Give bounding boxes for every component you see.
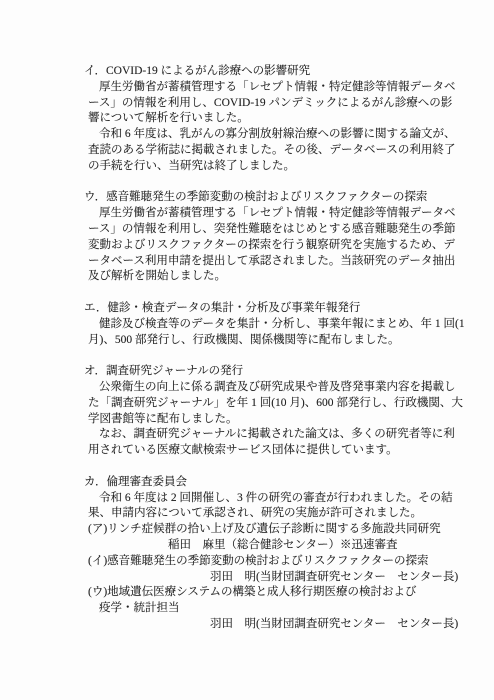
- section: エ．健診・検査データの集計・分析及び事業年報発行健診及び検査等のデータを集計・分…: [0, 301, 494, 348]
- section-title: 調査研究ジャーナルの発行: [106, 365, 243, 377]
- body-line: 健診及び検査等のデータを集計・分析し、事業年報にまとめ、年 1 回(1: [0, 317, 494, 333]
- body-line: 厚生労働省が蓄積管理する「レセプト情報・特定健診等情報データベ: [0, 80, 494, 96]
- page: イ．COVID-19 によるがん診療への影響研究厚生労働省が蓄積管理する「レセプ…: [0, 0, 494, 700]
- body-line: 査読のある学術誌に掲載されました。その後、データベースの利用終了: [0, 143, 494, 159]
- body-line: 疫学・統計担当: [0, 601, 494, 617]
- section: ウ．感音難聴発生の季節変動の検討およびリスクファクターの探索厚生労働省が蓄積管理…: [0, 190, 494, 285]
- section-label: カ．: [84, 476, 107, 488]
- section-heading: オ．調査研究ジャーナルの発行: [0, 364, 494, 380]
- body-line: 羽田 明(当財団調査研究センター センター長): [0, 570, 494, 586]
- body-line: の手続を行い、当研究は終了しました。: [0, 159, 494, 175]
- section-label: オ．: [84, 365, 106, 377]
- body-line: (ウ)地域遺伝医療システムの構築と成人移行期医療の検討および: [0, 585, 494, 601]
- section-title: COVID-19 によるがん診療への影響研究: [106, 65, 310, 77]
- section-title: 倫理審査委員会: [107, 476, 188, 488]
- section: カ．倫理審査委員会令和 6 年度は 2 回開催し、3 件の研究の審査が行われまし…: [0, 475, 494, 633]
- body-line: 及び解析を開始しました。: [0, 269, 494, 285]
- body-line: なお、調査研究ジャーナルに掲載された論文は、多くの研究者等に利: [0, 427, 494, 443]
- body-line: た「調査研究ジャーナル」を年 1 回(10 月)、600 部発行し、行政機関、大: [0, 396, 494, 412]
- body-line: 厚生労働省が蓄積管理する「レセプト情報・特定健診等情報データベ: [0, 206, 494, 222]
- body-line: 羽田 明(当財団調査研究センター センター長): [0, 617, 494, 633]
- body-line: (イ)感音難聴発生の季節変動の検討およびリスクファクターの探索: [0, 554, 494, 570]
- section-heading: エ．健診・検査データの集計・分析及び事業年報発行: [0, 301, 494, 317]
- body-line: 変動およびリスクファクターの探索を行う観察研究を実施するため、デ: [0, 238, 494, 254]
- body-line: 令和 6 年度は、乳がんの寡分割放射線治療への影響に関する論文が、: [0, 127, 494, 143]
- section-label: ウ．: [84, 191, 106, 203]
- section: イ．COVID-19 によるがん診療への影響研究厚生労働省が蓄積管理する「レセプ…: [0, 64, 494, 175]
- body-line: 稲田 麻里（総合健診センター）※迅速審査: [0, 538, 494, 554]
- section-title: 健診・検査データの集計・分析及び事業年報発行: [107, 302, 360, 314]
- section-label: エ．: [84, 302, 107, 314]
- body-line: ース」の情報を利用し、COVID-19 パンデミックによるがん診療への影: [0, 96, 494, 112]
- body-line: 果、申請内容について承認され、研究の実施が許可されました。: [0, 506, 494, 522]
- body-line: ータベース利用申請を提出して承認されました。当該研究のデータ抽出: [0, 254, 494, 270]
- section-heading: ウ．感音難聴発生の季節変動の検討およびリスクファクターの探索: [0, 190, 494, 206]
- body-line: 月)、500 部発行し、行政機関、関係機関等に配布しました。: [0, 333, 494, 349]
- body-line: ース」の情報を利用し、突発性難聴をはじめとする感音難聴発生の季節: [0, 222, 494, 238]
- body-line: 響について解析を行いました。: [0, 111, 494, 127]
- section-label: イ．: [84, 65, 106, 77]
- document-body: イ．COVID-19 によるがん診療への影響研究厚生労働省が蓄積管理する「レセプ…: [0, 0, 494, 633]
- section-heading: カ．倫理審査委員会: [0, 475, 494, 491]
- section-heading: イ．COVID-19 によるがん診療への影響研究: [0, 64, 494, 80]
- body-line: 令和 6 年度は 2 回開催し、3 件の研究の審査が行われました。その結: [0, 491, 494, 507]
- body-line: 公衆衛生の向上に係る調査及び研究成果や普及啓発事業内容を掲載し: [0, 380, 494, 396]
- section-title: 感音難聴発生の季節変動の検討およびリスクファクターの探索: [106, 191, 427, 203]
- section: オ．調査研究ジャーナルの発行公衆衛生の向上に係る調査及び研究成果や普及啓発事業内…: [0, 364, 494, 459]
- body-line: 学図書館等に配布しました。: [0, 412, 494, 428]
- body-line: 用されている医療文献検索サービス団体に提供しています。: [0, 443, 494, 459]
- body-line: (ア)リンチ症候群の拾い上げ及び遺伝子診断に関する多施設共同研究: [0, 522, 494, 538]
